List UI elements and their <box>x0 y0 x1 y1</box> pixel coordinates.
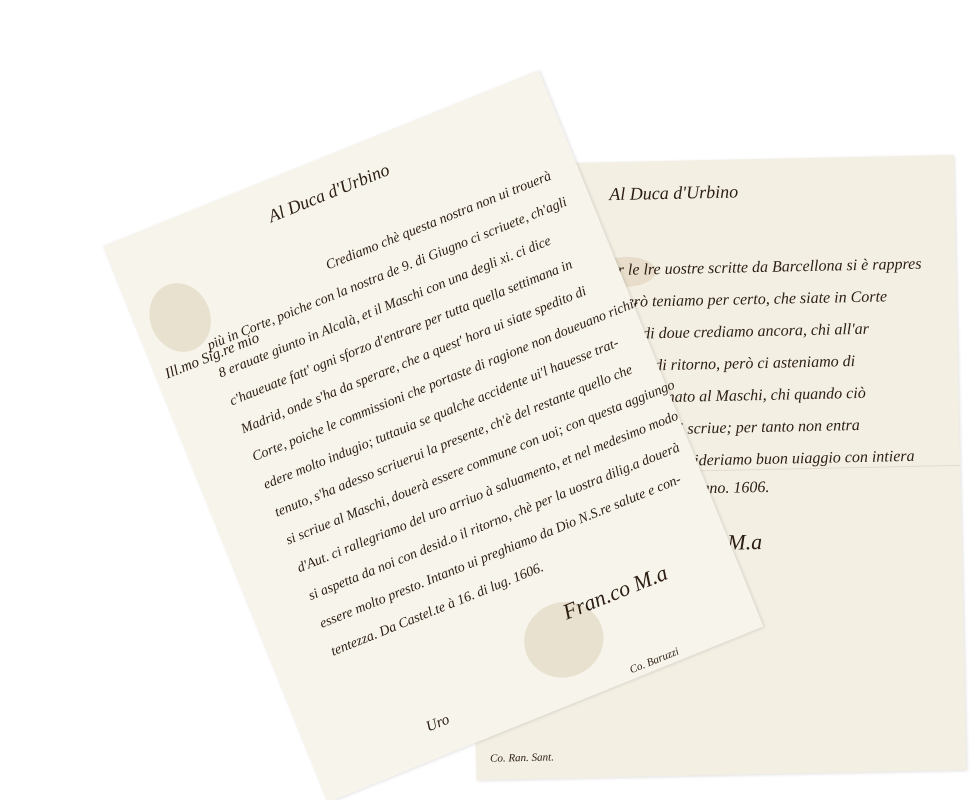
closing: Uro <box>424 712 452 737</box>
docket-note: Co. Ran. Sant. <box>490 751 554 764</box>
address-line: Al Duca d'Urbino <box>265 159 392 227</box>
signature: Fran.co M.a <box>559 560 671 626</box>
address-line: Al Duca d'Urbino <box>609 181 738 205</box>
text-line: Per le lre uostre scritte da Barcellona … <box>601 256 922 281</box>
